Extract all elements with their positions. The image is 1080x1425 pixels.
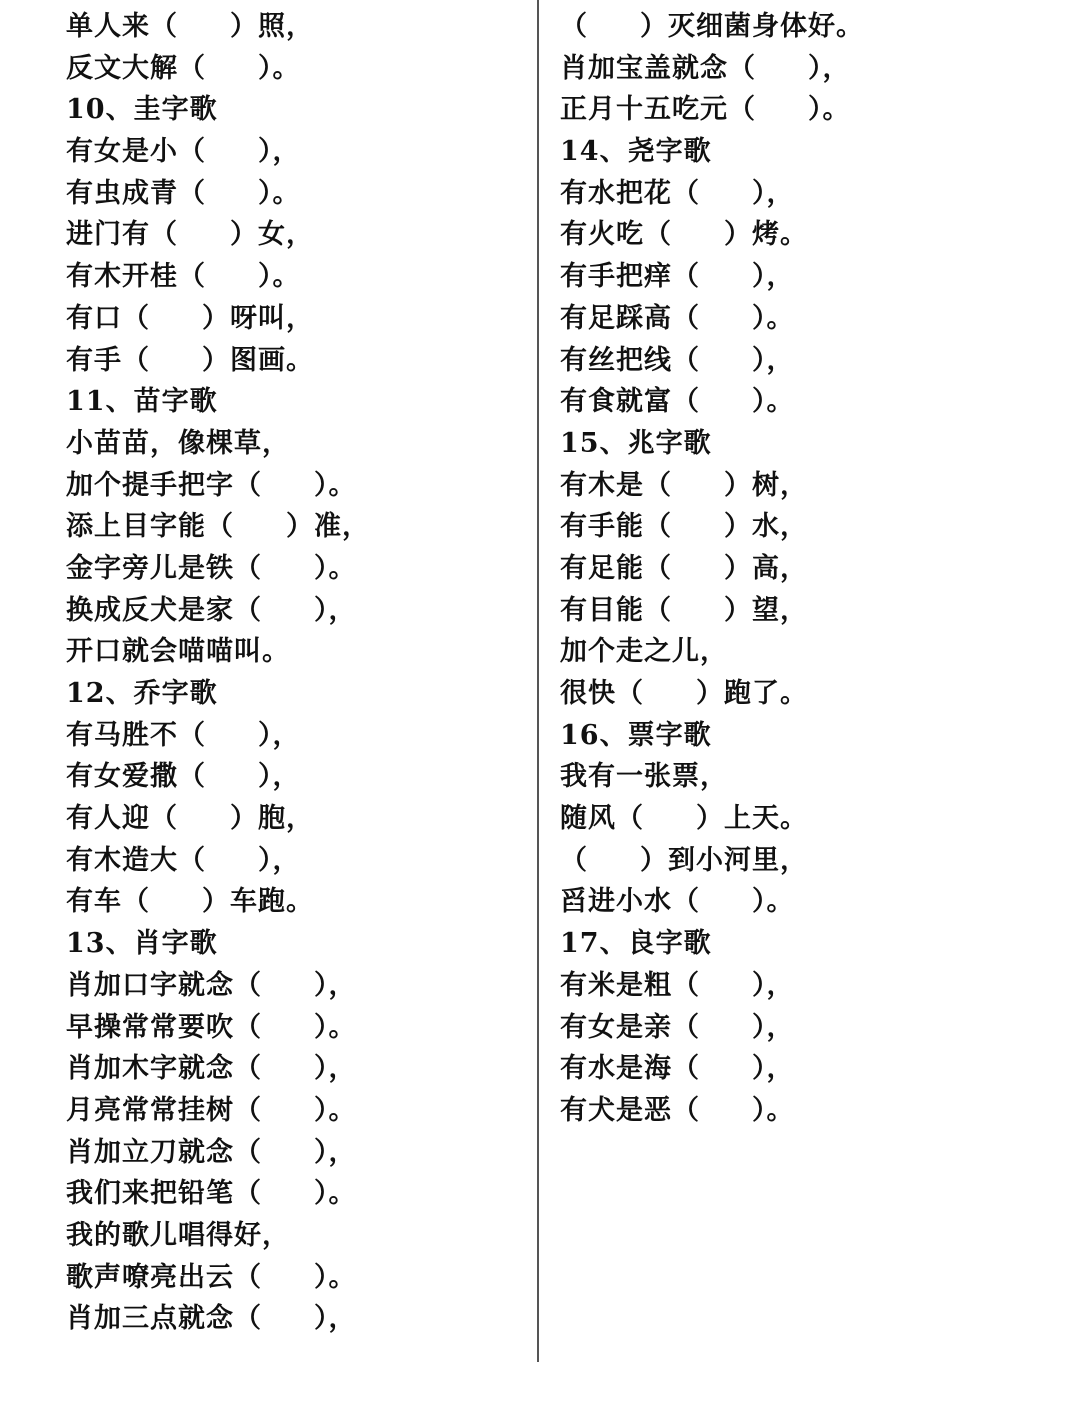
- verse-line: 肖加宝盖就念（ ），: [560, 48, 1060, 90]
- verse-line: 有口（ ）呀叫，: [66, 298, 526, 340]
- verse-line: 我有一张票，: [560, 756, 1060, 798]
- verse-line: 有手能（ ）水，: [560, 506, 1060, 548]
- section-heading: 13、肖字歌: [66, 923, 526, 965]
- verse-line: 有足能（ ）高，: [560, 548, 1060, 590]
- verse-line: 肖加立刀就念（ ），: [66, 1132, 526, 1174]
- verse-line: （ ）到小河里，: [560, 840, 1060, 882]
- section-heading: 10、圭字歌: [66, 89, 526, 131]
- verse-line: 有丝把线（ ），: [560, 340, 1060, 382]
- verse-line: 肖加木字就念（ ），: [66, 1048, 526, 1090]
- verse-line: 金字旁儿是铁（ ）。: [66, 548, 526, 590]
- verse-line: 歌声嘹亮出云（ ）。: [66, 1257, 526, 1299]
- verse-line: 有火吃（ ）烤。: [560, 214, 1060, 256]
- verse-line: 有犬是恶（ ）。: [560, 1090, 1060, 1132]
- verse-line: 有车（ ）车跑。: [66, 881, 526, 923]
- verse-line: 有食就富（ ）。: [560, 381, 1060, 423]
- verse-line: 正月十五吃元（ ）。: [560, 89, 1060, 131]
- section-heading: 15、兆字歌: [560, 423, 1060, 465]
- section-heading: 17、良字歌: [560, 923, 1060, 965]
- verse-line: 有木是（ ）树，: [560, 465, 1060, 507]
- verse-line: 有人迎（ ）胞，: [66, 798, 526, 840]
- verse-line: 有女是小（ ），: [66, 131, 526, 173]
- verse-line: 有手把痒（ ），: [560, 256, 1060, 298]
- verse-line: 有目能（ ）望，: [560, 590, 1060, 632]
- left-column: 单人来（ ）照，反文大解（ ）。10、圭字歌有女是小（ ），有虫成青（ ）。进门…: [66, 6, 526, 1340]
- verse-line: 开口就会喵喵叫。: [66, 631, 526, 673]
- column-divider: [537, 0, 539, 1362]
- verse-line: 反文大解（ ）。: [66, 48, 526, 90]
- verse-line: 我的歌儿唱得好，: [66, 1215, 526, 1257]
- verse-line: 有女爱撒（ ），: [66, 756, 526, 798]
- verse-line: 有虫成青（ ）。: [66, 173, 526, 215]
- verse-line: 换成反犬是家（ ），: [66, 590, 526, 632]
- section-heading: 16、票字歌: [560, 715, 1060, 757]
- verse-line: 早操常常要吹（ ）。: [66, 1007, 526, 1049]
- verse-line: 随风（ ）上天。: [560, 798, 1060, 840]
- verse-line: 我们来把铅笔（ ）。: [66, 1173, 526, 1215]
- verse-line: 有马胜不（ ），: [66, 715, 526, 757]
- verse-line: 有手（ ）图画。: [66, 340, 526, 382]
- verse-line: 很快（ ）跑了。: [560, 673, 1060, 715]
- verse-line: 有米是粗（ ），: [560, 965, 1060, 1007]
- verse-line: 有水把花（ ），: [560, 173, 1060, 215]
- verse-line: （ ）灭细菌身体好。: [560, 6, 1060, 48]
- section-heading: 14、尧字歌: [560, 131, 1060, 173]
- verse-line: 有足踩高（ ）。: [560, 298, 1060, 340]
- section-heading: 12、乔字歌: [66, 673, 526, 715]
- verse-line: 进门有（ ）女，: [66, 214, 526, 256]
- verse-line: 有木造大（ ），: [66, 840, 526, 882]
- verse-line: 添上目字能（ ）准，: [66, 506, 526, 548]
- verse-line: 有水是海（ ），: [560, 1048, 1060, 1090]
- verse-line: 有木开桂（ ）。: [66, 256, 526, 298]
- verse-line: 加个提手把字（ ）。: [66, 465, 526, 507]
- verse-line: 肖加三点就念（ ），: [66, 1298, 526, 1340]
- verse-line: 单人来（ ）照，: [66, 6, 526, 48]
- verse-line: 有女是亲（ ），: [560, 1007, 1060, 1049]
- verse-line: 小苗苗，像棵草，: [66, 423, 526, 465]
- verse-line: 舀进小水（ ）。: [560, 881, 1060, 923]
- verse-line: 加个走之儿，: [560, 631, 1060, 673]
- section-heading: 11、苗字歌: [66, 381, 526, 423]
- verse-line: 肖加口字就念（ ），: [66, 965, 526, 1007]
- verse-line: 月亮常常挂树（ ）。: [66, 1090, 526, 1132]
- right-column: （ ）灭细菌身体好。肖加宝盖就念（ ），正月十五吃元（ ）。14、尧字歌有水把花…: [560, 6, 1060, 1132]
